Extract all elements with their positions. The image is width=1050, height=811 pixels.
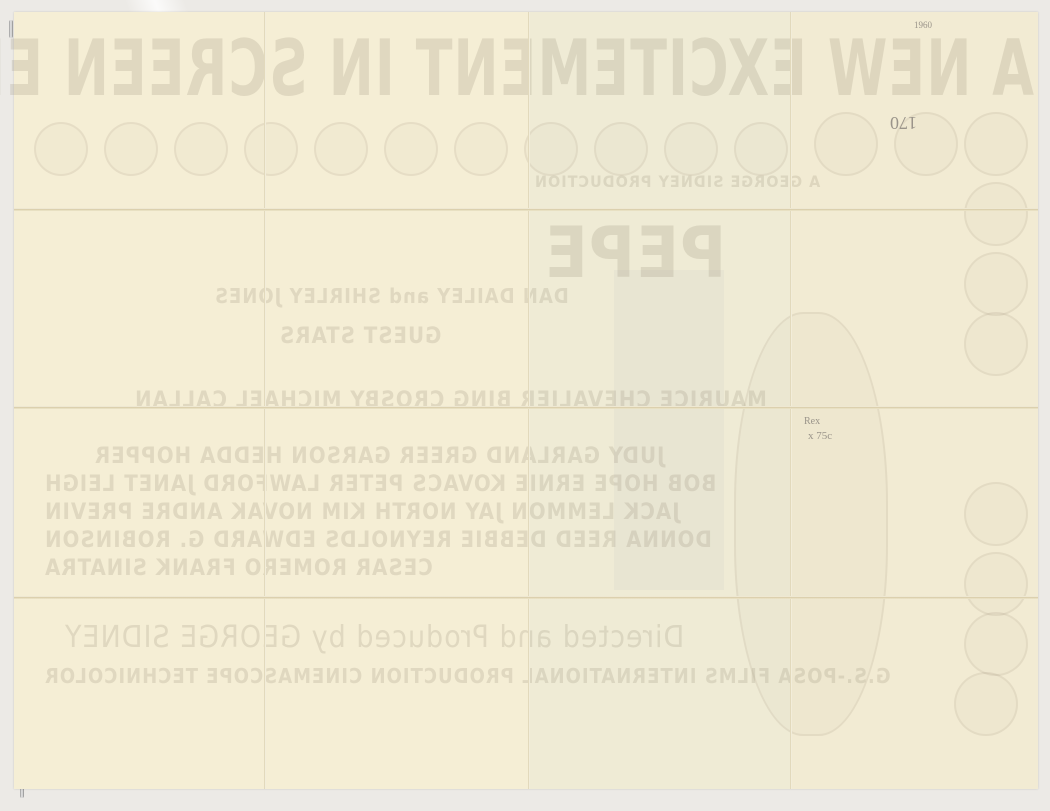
fold-line-horizontal: [14, 406, 1038, 409]
pencil-note: Rex: [804, 416, 820, 427]
ghost-cast-line: CESAR ROMERO FRANK SINATRA: [44, 556, 433, 581]
fold-line-horizontal: [14, 208, 1038, 211]
portrait-circle: [244, 122, 298, 176]
ghost-producer-line: A GEORGE SIDNEY PRODUCTION: [534, 172, 820, 191]
portrait-circle: [814, 112, 878, 176]
portrait-circle: [524, 122, 578, 176]
portrait-circle: [34, 122, 88, 176]
pencil-note: 170: [890, 112, 917, 133]
ghost-cast-line: BOB HOPE ERNIE KOVACS PETER LAWFORD JANE…: [44, 472, 716, 497]
portrait-circle: [964, 112, 1028, 176]
ghost-credits: Directed and Produced by GEORGE SIDNEY: [64, 620, 684, 655]
portrait-circle: [964, 182, 1028, 246]
ghost-stars: DAN DAILEY and SHIRLEY JONES: [214, 284, 569, 308]
fold-line-vertical: [528, 12, 530, 789]
portrait-circle: [964, 312, 1028, 376]
portrait-circle: [964, 552, 1028, 616]
portrait-circle: [964, 252, 1028, 316]
ghost-cast-line: JACK LEMMON JAY NORTH KIM NOVAK ANDRE PR…: [44, 500, 680, 525]
portrait-circle: [314, 122, 368, 176]
fold-line-vertical: [790, 12, 792, 789]
pencil-note: 1960: [914, 20, 932, 30]
poster-back: A NEW EXCITEMENT IN SCREEN ENTERTAINMENT…: [14, 12, 1038, 789]
portrait-circle: [964, 612, 1028, 676]
fold-line-vertical: [264, 12, 266, 789]
portrait-circle: [734, 122, 788, 176]
portrait-circle: [174, 122, 228, 176]
ghost-title: PEPE: [544, 212, 726, 294]
ghost-cast-line: JUDY GARLAND GREER GARSON HEDDA HOPPER: [94, 444, 664, 469]
portrait-circle: [594, 122, 648, 176]
portrait-circle: [104, 122, 158, 176]
ghost-cast-line: DONNA REED DEBBIE REYNOLDS EDWARD G. ROB…: [44, 528, 712, 553]
portrait-circle: [964, 482, 1028, 546]
pencil-note: x 75c: [808, 430, 832, 442]
portrait-circle: [384, 122, 438, 176]
portrait-circle: [664, 122, 718, 176]
ghost-guest-stars: GUEST STARS: [279, 324, 441, 349]
fold-line-horizontal: [14, 596, 1038, 599]
ghost-footer: G.S.-POSA FILMS INTERNATIONAL PRODUCTION…: [44, 664, 891, 688]
portrait-circle: [454, 122, 508, 176]
portrait-circle: [954, 672, 1018, 736]
ghost-cast-line: MAURICE CHEVALIER BING CROSBY MICHAEL CA…: [134, 388, 767, 413]
